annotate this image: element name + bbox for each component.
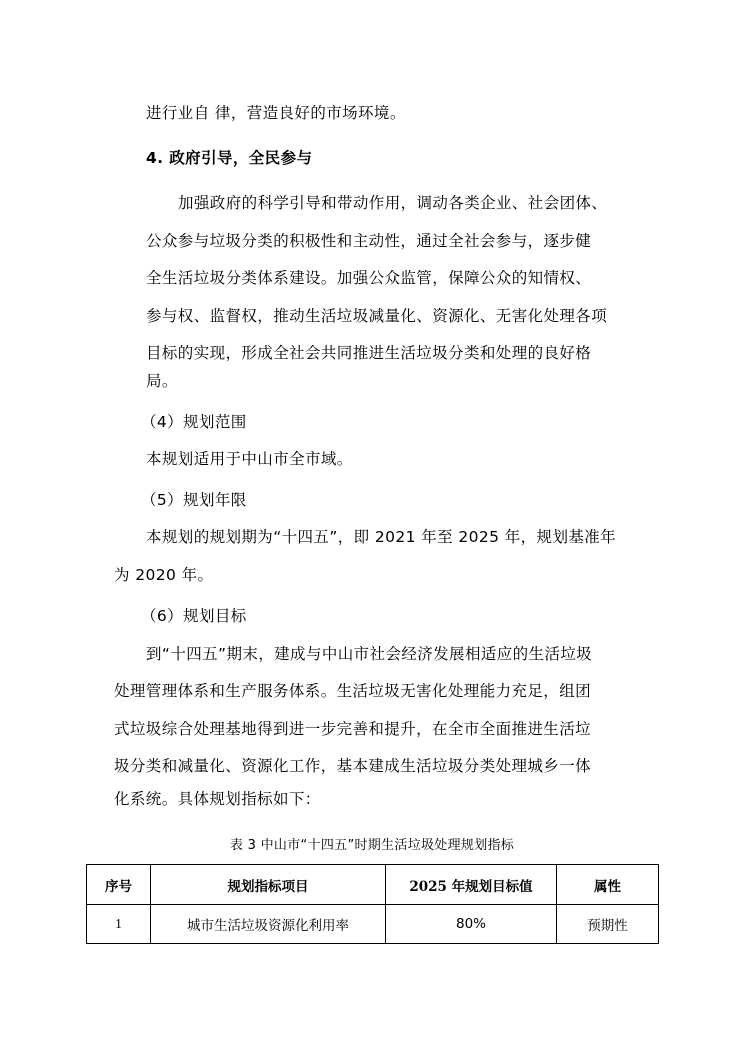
paragraph-line: 为 2020 年。 <box>114 565 213 585</box>
paragraph-line: 本规划的规划期为“十四五”，即 2021 年至 2025 年，规划基准年 <box>146 527 616 547</box>
paragraph-line: 公众参与垃圾分类的积极性和主动性，通过全社会参与，逐步健 <box>146 231 591 251</box>
table-cell-index: 1 <box>87 905 151 944</box>
column-header: 序号 <box>87 865 151 905</box>
paragraph-line: 全生活垃圾分类体系建设。加强公众监管，保障公众的知情权、 <box>146 268 591 288</box>
column-header: 属性 <box>557 865 659 905</box>
table-row: 1 城市生活垃圾资源化利用率 80% 预期性 <box>87 905 659 944</box>
table-header-row: 序号 规划指标项目 2025 年规划目标值 属性 <box>87 865 659 905</box>
paragraph-line: 加强政府的科学引导和带动作用，调动各类企业、社会团体、 <box>178 193 607 213</box>
paragraph-line: 式垃圾综合处理基地得到进一步完善和提升，在全市全面推进生活垃 <box>114 719 591 739</box>
goals-heading: （6）规划目标 <box>141 606 247 626</box>
paragraph-line: 参与权、监督权，推动生活垃圾减量化、资源化、无害化处理各项 <box>146 306 607 326</box>
table-cell-attribute: 预期性 <box>557 905 659 944</box>
table-cell-indicator: 城市生活垃圾资源化利用率 <box>151 905 386 944</box>
scope-heading: （4）规划范围 <box>141 412 247 432</box>
period-heading: （5）规划年限 <box>141 490 247 510</box>
paragraph-line: 化系统。具体规划指标如下： <box>114 789 321 809</box>
table-caption: 表 3 中山市“十四五”时期生活垃圾处理规划指标 <box>0 834 744 853</box>
paragraph-line: 目标的实现，形成全社会共同推进生活垃圾分类和处理的良好格 <box>146 343 591 363</box>
paragraph-continuation: 进行业自 律，营造良好的市场环境。 <box>146 103 406 123</box>
scope-text: 本规划适用于中山市全市域。 <box>146 449 353 469</box>
section-heading-4: 4. 政府引导，全民参与 <box>146 148 312 168</box>
planning-indicators-table: 序号 规划指标项目 2025 年规划目标值 属性 1 城市生活垃圾资源化利用率 … <box>86 864 659 944</box>
paragraph-line: 到“十四五”期末，建成与中山市社会经济发展相适应的生活垃圾 <box>146 644 592 664</box>
paragraph-line: 局。 <box>146 371 178 391</box>
column-header: 规划指标项目 <box>151 865 386 905</box>
table-cell-target: 80% <box>386 905 557 944</box>
paragraph-line: 处理管理体系和生产服务体系。生活垃圾无害化处理能力充足，组团 <box>114 681 591 701</box>
paragraph-line: 圾分类和减量化、资源化工作，基本建成生活垃圾分类处理城乡一体 <box>114 756 591 776</box>
column-header: 2025 年规划目标值 <box>386 865 557 905</box>
